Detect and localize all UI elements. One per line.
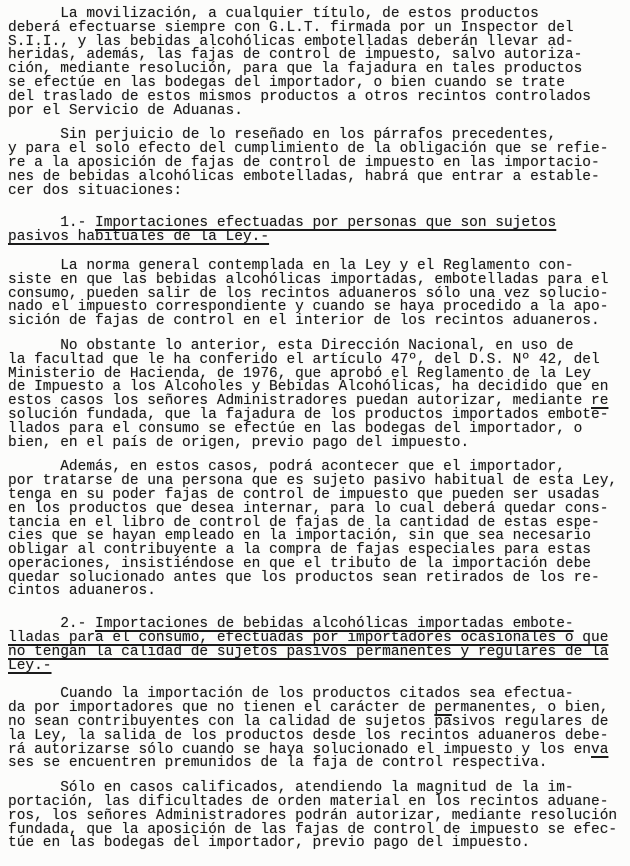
paragraph-4: No obstante lo anterior, esta Dirección … <box>8 340 630 450</box>
paragraph-2: Sin perjuicio de lo reseñado en los párr… <box>8 129 630 198</box>
paragraph-1: La movilización, a cualquier título, de … <box>8 8 630 118</box>
text-line: no tengan la calidad de sujetos pasivos … <box>8 646 630 660</box>
text-line: por el Servicio de Aduanas. <box>8 105 630 119</box>
heading-2: 2.- Importaciones de bebidas alcohólicas… <box>8 618 630 673</box>
heading-1: 1.- Importaciones efectuadas por persona… <box>8 217 630 245</box>
text-line: ses se encuentren premunidos de la faja … <box>8 757 630 771</box>
text-segment: ses se encuentren premunidos de la faja … <box>8 755 548 771</box>
text-line: bien, en el país de origen, previo pago … <box>8 437 630 451</box>
text-line: sición de fajas de control en el interio… <box>8 315 630 329</box>
document-page: La movilización, a cualquier título, de … <box>0 0 630 866</box>
paragraph-6: Cuando la importación de los productos c… <box>8 688 630 771</box>
text-segment: túe en las bodegas del importador, previ… <box>8 835 530 851</box>
text-line: Ley.- <box>8 660 630 674</box>
text-line: túe en las bodegas del importador, previ… <box>8 837 630 851</box>
text-segment: por el Servicio de Aduanas. <box>8 103 243 119</box>
text-line: pasivos habituales de la Ley.- <box>8 231 630 245</box>
text-line: cintos aduaneros. <box>8 585 630 599</box>
paragraph-7: Sólo en casos calificados, atendiendo la… <box>8 782 630 851</box>
underlined-text: no tengan la calidad de sujetos pasivos … <box>8 644 608 660</box>
text-line: cer dos situaciones: <box>8 185 630 199</box>
text-segment: cintos aduaneros. <box>8 583 156 599</box>
underlined-text: Ley.- <box>8 658 52 674</box>
text-segment: bien, en el país de origen, previo pago … <box>8 435 469 451</box>
text-segment: sición de fajas de control en el interio… <box>8 313 600 329</box>
paragraph-5: Además, en estos casos, podrá acontecer … <box>8 461 630 599</box>
text-segment: cer dos situaciones: <box>8 183 182 199</box>
underlined-text: va <box>591 742 608 758</box>
underlined-text: pasivos habituales de la Ley.- <box>8 229 269 245</box>
paragraph-3: La norma general contemplada en la Ley y… <box>8 260 630 329</box>
document-text: La movilización, a cualquier título, de … <box>8 8 630 851</box>
